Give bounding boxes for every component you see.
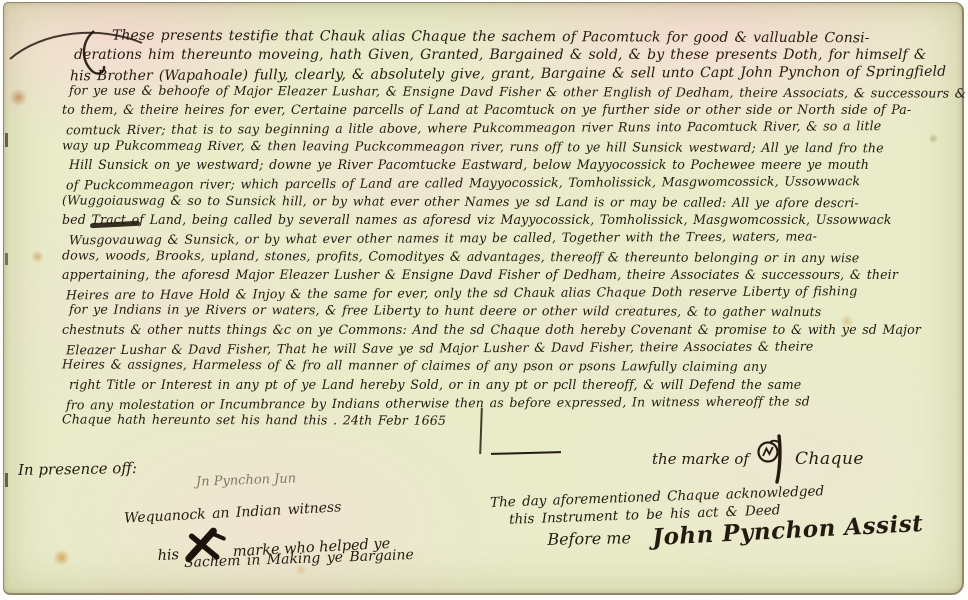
manuscript-line: These presents testifie that Chauk alias… [62,26,962,47]
deed-body: These presents testifie that Chauk alias… [62,28,962,431]
manuscript-line: dows, woods, Brooks, upland, stones, pro… [62,246,962,267]
pynchon-witness-signature: Jn Pynchon Jun [196,471,297,489]
date-underline [491,451,561,455]
chaque-mark-line: the marke of Chaque [652,433,864,485]
manuscript-line: chestnuts & other nutts things &c on ye … [62,321,962,339]
torn-edge-marks [5,43,8,563]
manuscript-line: for ye Indians in ye Rivers or waters, &… [62,301,962,322]
manuscript-paper: These presents testifie that Chauk alias… [3,2,964,595]
manuscript-line: for ye use & behoofe of Major Eleazer Lu… [62,81,962,102]
his-label: his [157,547,179,564]
manuscript-line: way up Pukcommeag River, & then leaving … [62,136,962,157]
chaque-name-label: Chaque [795,449,864,469]
scanned-deed-page: These presents testifie that Chauk alias… [0,0,968,600]
manuscript-line: Chaque hath hereunto set his hand this .… [62,411,962,432]
manuscript-line: right Title or Interest in any pt of ye … [62,376,962,394]
in-presence-of-label: In presence off: [18,459,137,479]
manuscript-line: (Wuggoiauswag & so to Sunsick hill, or b… [62,191,962,212]
date-separator-stroke [479,408,483,454]
chaque-mark-icon [757,433,787,485]
manuscript-line: derations him thereunto moveing, hath Gi… [62,46,962,64]
manuscript-line: Heires & assignes, Harmeless of & fro al… [62,356,962,377]
marke-of-label: the marke of [652,450,749,468]
